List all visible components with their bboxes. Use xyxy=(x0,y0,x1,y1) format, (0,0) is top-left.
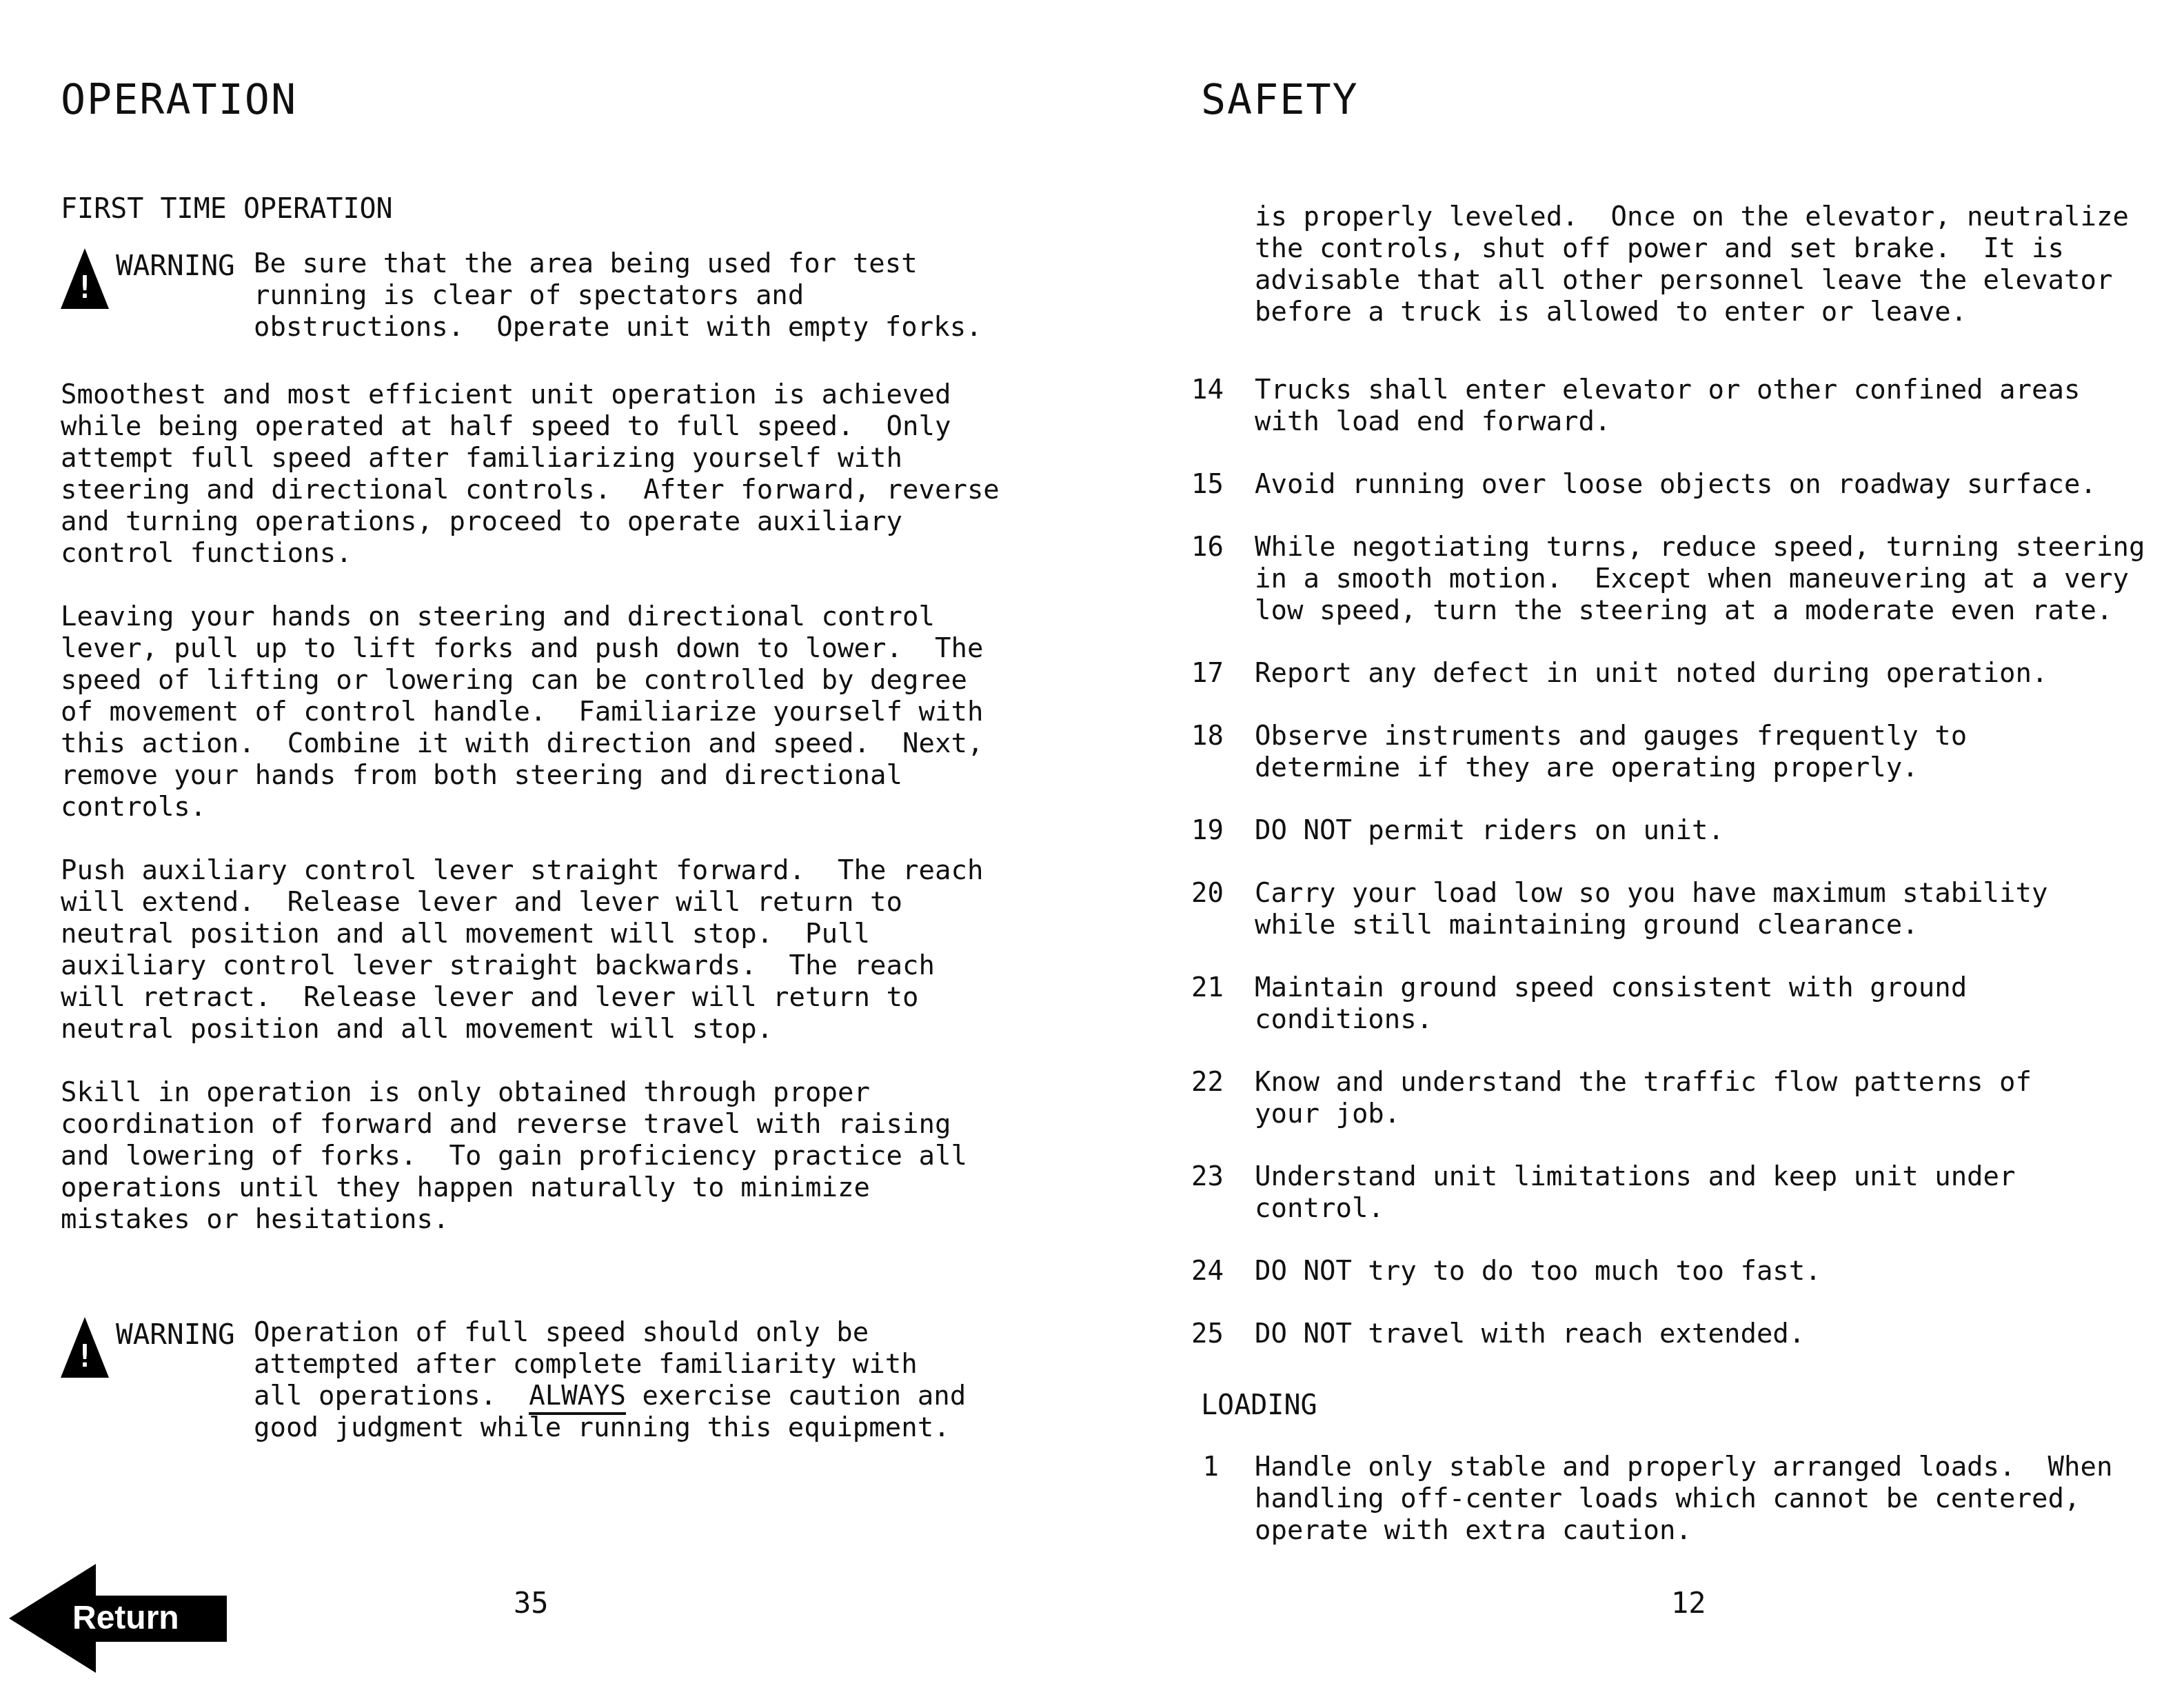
operation-paragraph: Skill in operation is only obtained thro… xyxy=(61,1077,1046,1236)
item-number: 19 xyxy=(1191,815,1219,847)
safety-list-item: 25 DO NOT travel with reach extended. xyxy=(1191,1318,2177,1350)
warning-block-1: ! WARNING Be sure that the area being us… xyxy=(61,248,1046,343)
item-number: 20 xyxy=(1191,878,1219,941)
warning-label: WARNING xyxy=(116,248,254,281)
item-number: 17 xyxy=(1191,658,1219,690)
item-number: 21 xyxy=(1191,972,1219,1036)
safety-list-item: 24 DO NOT try to do too much too fast. xyxy=(1191,1256,2177,1287)
return-button-label: Return xyxy=(72,1600,179,1637)
page-number-right: 12 xyxy=(1671,1587,1706,1619)
safety-list-item: 18 Observe instruments and gauges freque… xyxy=(1191,721,2177,784)
item-text: Know and understand the traffic flow pat… xyxy=(1255,1067,2177,1130)
exclamation-glyph: ! xyxy=(76,273,94,303)
item-text: Understand unit limitations and keep uni… xyxy=(1255,1161,2177,1225)
safety-list-item: 19 DO NOT permit riders on unit. xyxy=(1191,815,2177,847)
manual-page-spread: OPERATION FIRST TIME OPERATION ! WARNING… xyxy=(0,0,2184,1688)
page-number-left: 35 xyxy=(514,1587,549,1619)
item-text: While negotiating turns, reduce speed, t… xyxy=(1255,532,2177,627)
warning-block-2: ! WARNING Operation of full speed should… xyxy=(61,1317,1046,1444)
item-text: DO NOT permit riders on unit. xyxy=(1255,815,2177,847)
item-text: Trucks shall enter elevator or other con… xyxy=(1255,374,2177,438)
item-number: 16 xyxy=(1191,532,1219,627)
warning-label: WARNING xyxy=(116,1317,254,1350)
operation-column: OPERATION FIRST TIME OPERATION ! WARNING… xyxy=(61,77,1046,1444)
safety-list-item: 21 Maintain ground speed consistent with… xyxy=(1191,972,2177,1036)
item-text: Report any defect in unit noted during o… xyxy=(1255,658,2177,690)
underlined-word: ALWAYS xyxy=(529,1380,626,1415)
exclamation-glyph: ! xyxy=(76,1342,94,1372)
safety-title: SAFETY xyxy=(1201,77,2177,123)
loading-list-item: 1 Handle only stable and properly arrang… xyxy=(1191,1451,2177,1547)
item-text: DO NOT try to do too much too fast. xyxy=(1255,1256,2177,1287)
item-text: Maintain ground speed consistent with gr… xyxy=(1255,972,2177,1036)
item-text: Observe instruments and gauges frequentl… xyxy=(1255,721,2177,784)
item-text: DO NOT travel with reach extended. xyxy=(1255,1318,2177,1350)
item-number: 24 xyxy=(1191,1256,1219,1287)
item-text: Carry your load low so you have maximum … xyxy=(1255,878,2177,941)
item-number: 15 xyxy=(1191,469,1219,501)
warning-text: Operation of full speed should only be a… xyxy=(254,1317,1046,1444)
item-number: 14 xyxy=(1191,374,1219,438)
safety-list-item: 23 Understand unit limitations and keep … xyxy=(1191,1161,2177,1225)
safety-list-item: 17 Report any defect in unit noted durin… xyxy=(1191,658,2177,690)
warning-triangle-icon: ! xyxy=(61,248,109,309)
item-number: 1 xyxy=(1191,1451,1219,1547)
operation-paragraph: Smoothest and most efficient unit operat… xyxy=(61,379,1046,570)
operation-title: OPERATION xyxy=(61,77,1046,123)
item-text: Handle only stable and properly arranged… xyxy=(1255,1451,2177,1547)
safety-list-item: 22 Know and understand the traffic flow … xyxy=(1191,1067,2177,1130)
item-number: 23 xyxy=(1191,1161,1219,1225)
operation-paragraph: Leaving your hands on steering and direc… xyxy=(61,601,1046,823)
safety-list-item: 14 Trucks shall enter elevator or other … xyxy=(1191,374,2177,438)
return-button[interactable]: Return xyxy=(9,1564,227,1673)
item-number: 18 xyxy=(1191,721,1219,784)
operation-paragraph: Push auxiliary control lever straight fo… xyxy=(61,855,1046,1045)
item-number: 22 xyxy=(1191,1067,1219,1130)
warning-text: Be sure that the area being used for tes… xyxy=(254,248,1046,343)
item-text: Avoid running over loose objects on road… xyxy=(1255,469,2177,501)
first-time-operation-heading: FIRST TIME OPERATION xyxy=(61,193,1046,225)
safety-list-item: 15 Avoid running over loose objects on r… xyxy=(1191,469,2177,501)
safety-intro-paragraph: is properly leveled. Once on the elevato… xyxy=(1255,201,2177,328)
safety-column: SAFETY is properly leveled. Once on the … xyxy=(1191,77,2177,1578)
loading-heading: LOADING xyxy=(1201,1389,2177,1421)
safety-list-item: 20 Carry your load low so you have maxim… xyxy=(1191,878,2177,941)
warning-triangle-icon: ! xyxy=(61,1317,109,1378)
safety-list-item: 16 While negotiating turns, reduce speed… xyxy=(1191,532,2177,627)
item-number: 25 xyxy=(1191,1318,1219,1350)
